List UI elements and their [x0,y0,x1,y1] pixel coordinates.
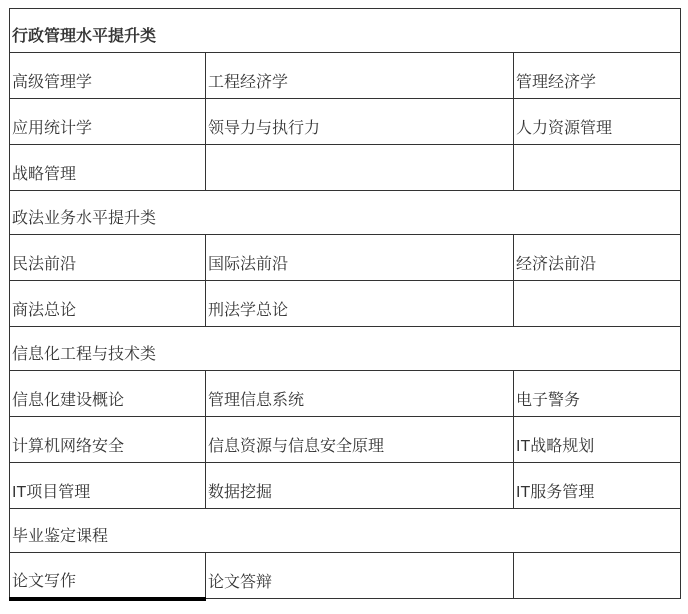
course-cell: 数据挖掘 [206,463,514,509]
course-row: 民法前沿国际法前沿经济法前沿 [10,235,681,281]
empty-cell [514,553,681,599]
course-row: 信息化建设概论管理信息系统电子警务 [10,371,681,417]
course-cell: IT项目管理 [10,463,206,509]
course-row: IT项目管理数据挖掘IT服务管理 [10,463,681,509]
course-row: 战略管理 [10,145,681,191]
section-header-row: 政法业务水平提升类 [10,191,681,235]
course-cell: 战略管理 [10,145,206,191]
section-header-cell: 行政管理水平提升类 [10,9,681,53]
course-cell: 管理经济学 [514,53,681,99]
section-header-cell: 信息化工程与技术类 [10,327,681,371]
empty-cell [206,145,514,191]
course-cell: IT服务管理 [514,463,681,509]
course-cell: 民法前沿 [10,235,206,281]
section-header-row: 信息化工程与技术类 [10,327,681,371]
section-header-cell: 毕业鉴定课程 [10,509,681,553]
section-header-row: 毕业鉴定课程 [10,509,681,553]
empty-cell [514,281,681,327]
course-cell: 信息资源与信息安全原理 [206,417,514,463]
course-row: 商法总论刑法学总论 [10,281,681,327]
section-header-cell: 政法业务水平提升类 [10,191,681,235]
section-header-row: 行政管理水平提升类 [10,9,681,53]
page-background: 行政管理水平提升类高级管理学工程经济学管理经济学应用统计学领导力与执行力人力资源… [0,8,688,614]
course-cell: 计算机网络安全 [10,417,206,463]
courses-table: 行政管理水平提升类高级管理学工程经济学管理经济学应用统计学领导力与执行力人力资源… [9,8,681,601]
course-cell: IT战略规划 [514,417,681,463]
course-cell: 论文答辩 [206,553,514,599]
empty-cell [514,145,681,191]
course-cell: 国际法前沿 [206,235,514,281]
course-cell: 经济法前沿 [514,235,681,281]
course-cell: 工程经济学 [206,53,514,99]
course-row: 应用统计学领导力与执行力人力资源管理 [10,99,681,145]
course-cell: 信息化建设概论 [10,371,206,417]
courses-table-body: 行政管理水平提升类高级管理学工程经济学管理经济学应用统计学领导力与执行力人力资源… [10,9,681,599]
course-row: 计算机网络安全信息资源与信息安全原理IT战略规划 [10,417,681,463]
course-cell: 商法总论 [10,281,206,327]
course-cell: 高级管理学 [10,53,206,99]
course-cell: 领导力与执行力 [206,99,514,145]
course-cell: 管理信息系统 [206,371,514,417]
course-cell: 应用统计学 [10,99,206,145]
course-cell: 论文写作 [10,553,206,599]
course-cell: 人力资源管理 [514,99,681,145]
course-cell: 刑法学总论 [206,281,514,327]
course-row: 高级管理学工程经济学管理经济学 [10,53,681,99]
course-cell: 电子警务 [514,371,681,417]
course-row: 论文写作论文答辩 [10,553,681,599]
